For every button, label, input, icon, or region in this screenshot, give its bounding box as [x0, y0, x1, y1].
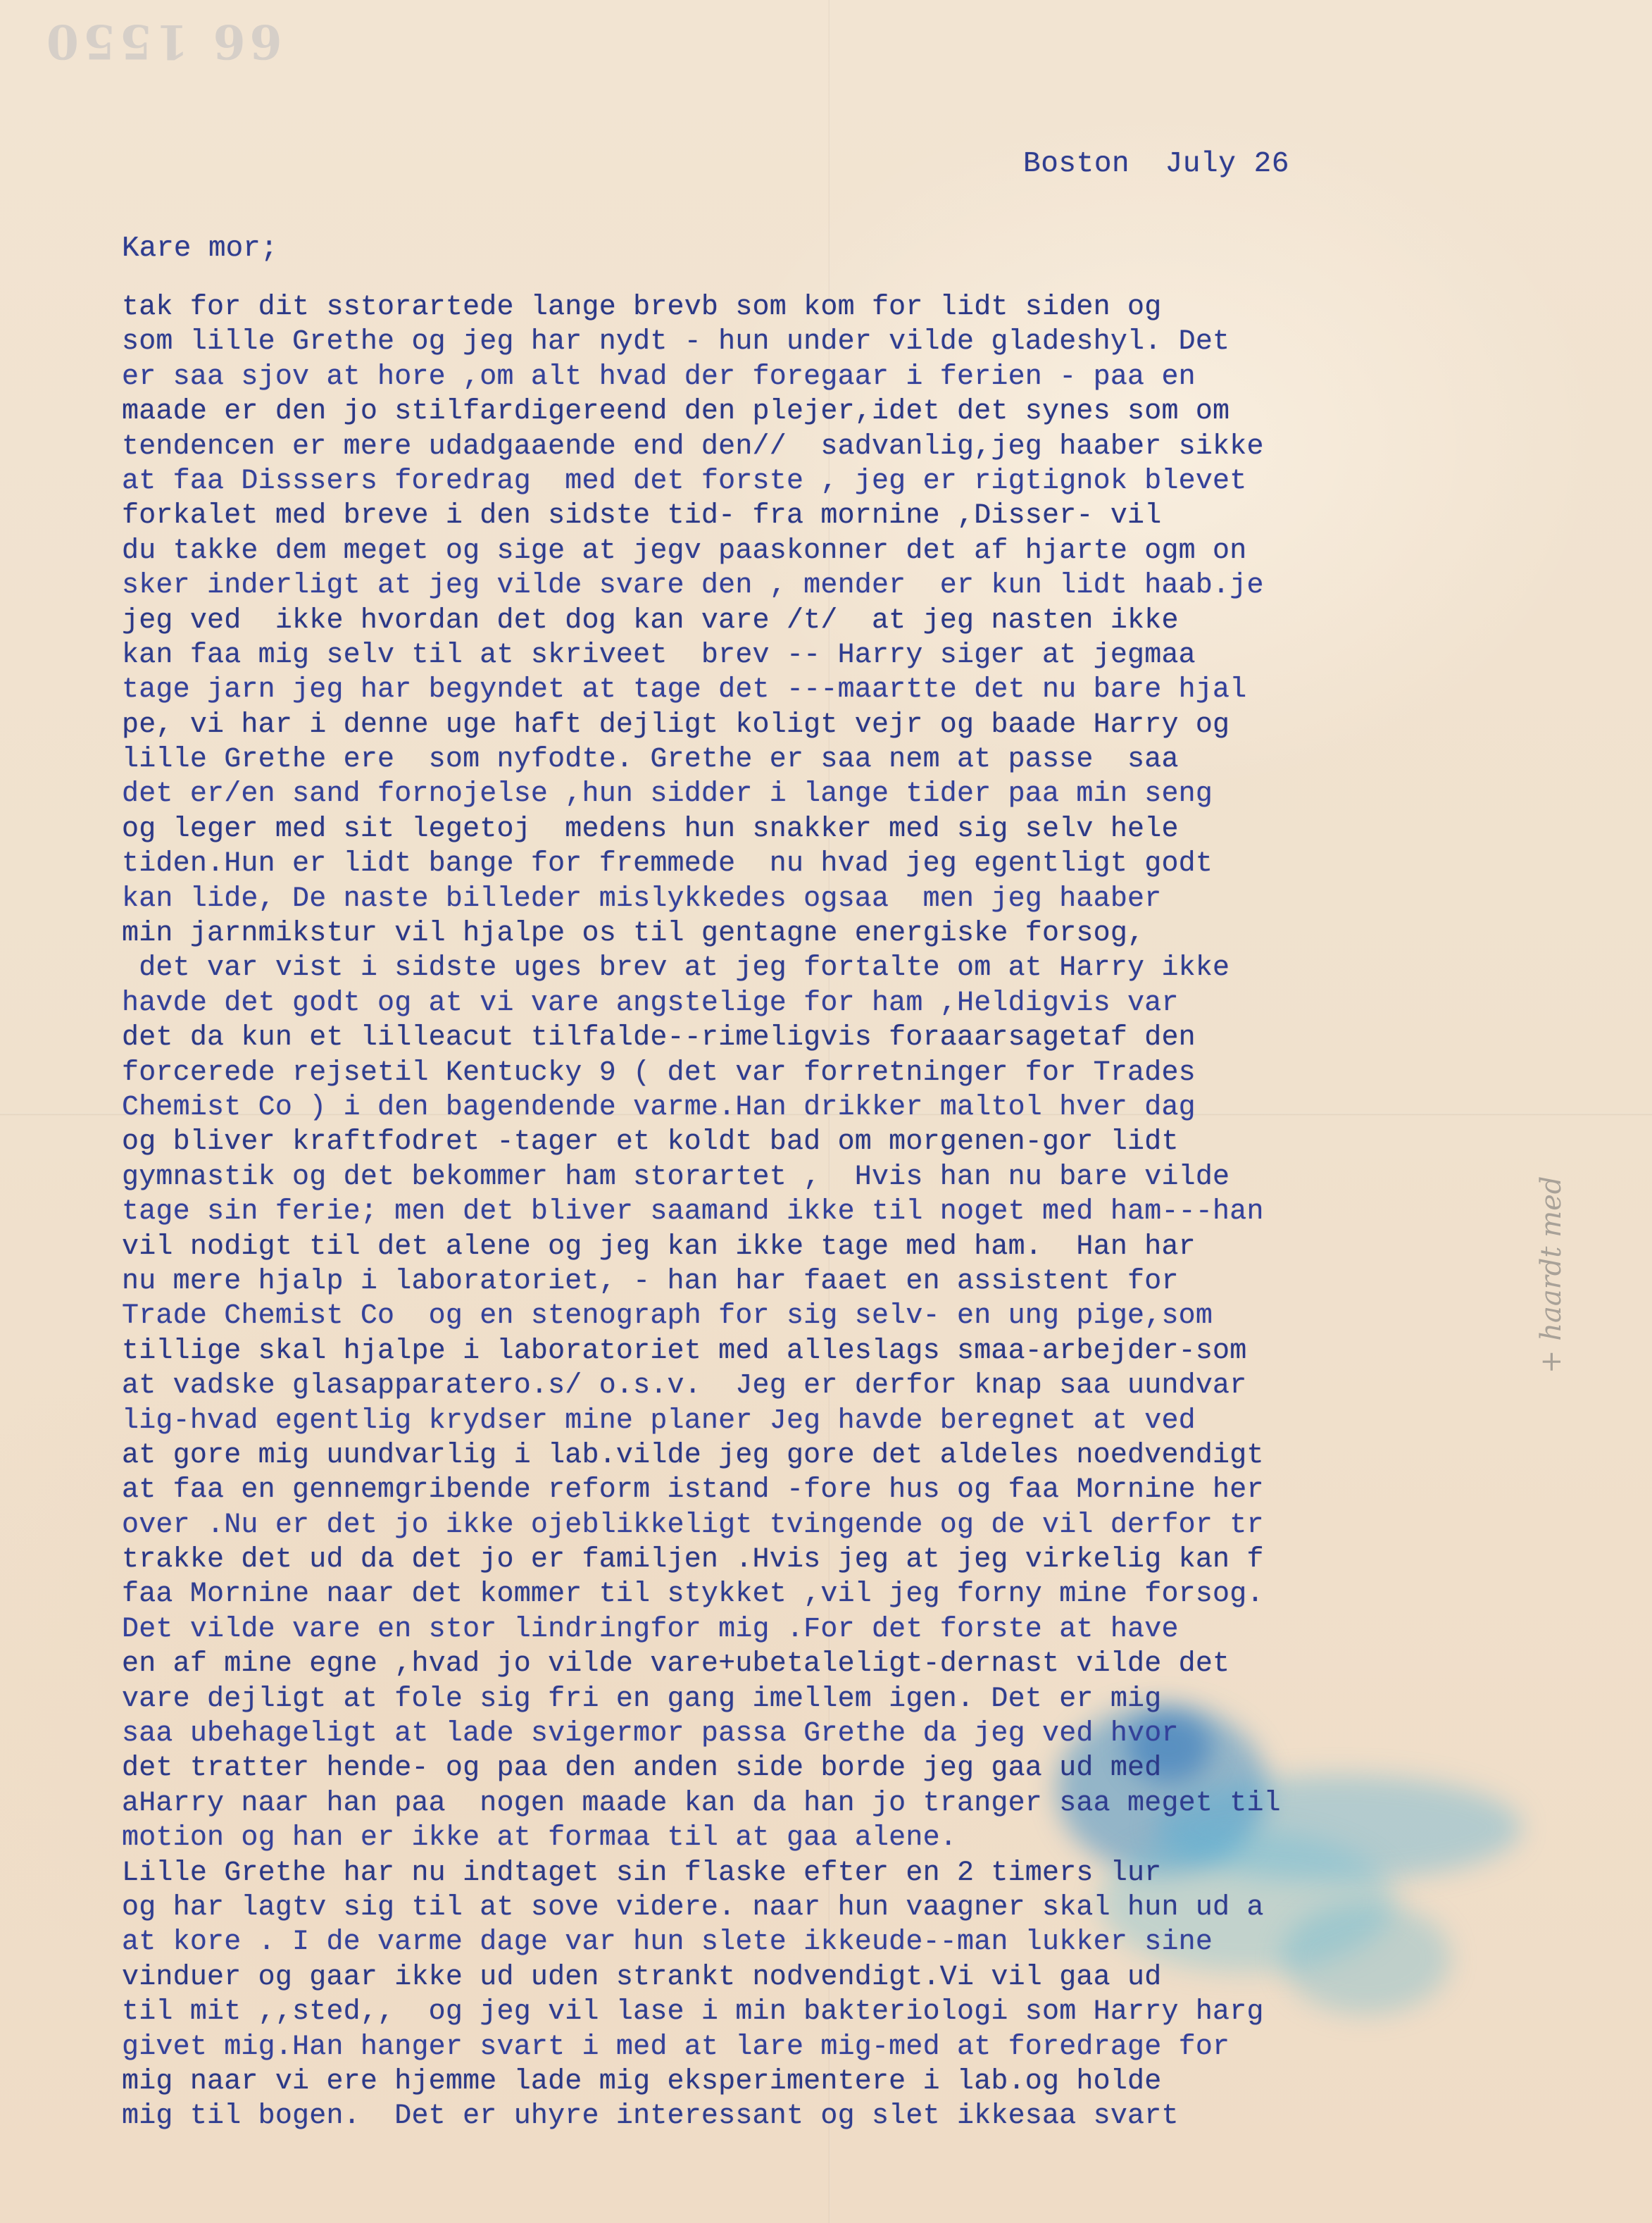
- letter-line: kan lide, De naste billeder mislykkedes …: [122, 882, 1558, 916]
- letter-line: som lille Grethe og jeg har nydt - hun u…: [122, 325, 1558, 359]
- letter-line: forkalet med breve i den sidste tid- fra…: [122, 499, 1558, 533]
- pencil-margin-note: + haardt med: [1535, 1176, 1567, 1374]
- letter-line: til mit ,,sted,, og jeg vil lase i min b…: [122, 1995, 1558, 2029]
- letter-line: forcerede rejsetil Kentucky 9 ( det var …: [122, 1056, 1558, 1090]
- letter-line: vinduer og gaar ikke ud uden strankt nod…: [122, 1960, 1558, 1995]
- letter-line: aHarry naar han paa nogen maade kan da h…: [122, 1786, 1558, 1821]
- letter-line: trakke det ud da det jo er familjen .Hvi…: [122, 1543, 1558, 1577]
- letter-line: du takke dem meget og sige at jegv paask…: [122, 534, 1558, 568]
- letter-line: tendencen er mere udadgaaende end den// …: [122, 430, 1558, 464]
- letter-line: vare dejligt at fole sig fri en gang ime…: [122, 1682, 1558, 1717]
- letter-line: og har lagtv sig til at sove videre. naa…: [122, 1891, 1558, 1925]
- letter-line: min jarnmikstur vil hjalpe os til gentag…: [122, 916, 1558, 951]
- letter-page: 66 1550 Boston July 26 Kare mor; tak for…: [0, 0, 1652, 2223]
- letter-line: og bliver kraftfodret -tager et koldt ba…: [122, 1125, 1558, 1159]
- letter-line: tiden.Hun er lidt bange for fremmede nu …: [122, 847, 1558, 881]
- letter-line: Trade Chemist Co og en stenograph for si…: [122, 1299, 1558, 1333]
- letter-line: nu mere hjalp i laboratoriet, - han har …: [122, 1264, 1558, 1299]
- letter-line: tage jarn jeg har begyndet at tage det -…: [122, 673, 1558, 707]
- letter-line: motion og han er ikke at formaa til at g…: [122, 1821, 1558, 1855]
- letter-line: at faa en gennemgribende reform istand -…: [122, 1473, 1558, 1507]
- letter-line: over .Nu er det jo ikke ojeblikkeligt tv…: [122, 1508, 1558, 1543]
- letter-line: det var vist i sidste uges brev at jeg f…: [122, 951, 1558, 985]
- letter-line: maade er den jo stilfardigereend den ple…: [122, 394, 1558, 429]
- letter-line: tillige skal hjalpe i laboratoriet med a…: [122, 1334, 1558, 1369]
- letter-line: det da kun et lilleacut tilfalde--rimeli…: [122, 1021, 1558, 1055]
- letter-line: mig til bogen. Det er uhyre interessant …: [122, 2099, 1558, 2134]
- letter-line: at kore . I de varme dage var hun slete …: [122, 1925, 1558, 1960]
- letter-line: givet mig.Han hanger svart i med at lare…: [122, 2030, 1558, 2065]
- letter-line: saa ubehageligt at lade svigermor passa …: [122, 1717, 1558, 1751]
- letter-line: faa Mornine naar det kommer til stykket …: [122, 1577, 1558, 1612]
- archive-number-stamp: 66 1550: [42, 14, 282, 69]
- letter-line: mig naar vi ere hjemme lade mig eksperim…: [122, 2065, 1558, 2099]
- letter-line: lig-hvad egentlig krydser mine planer Je…: [122, 1404, 1558, 1438]
- letter-line: at vadske glasapparatero.s/ o.s.v. Jeg e…: [122, 1369, 1558, 1403]
- letter-line: Det vilde vare en stor lindringfor mig .…: [122, 1612, 1558, 1647]
- letter-line: Lille Grethe har nu indtaget sin flaske …: [122, 1856, 1558, 1891]
- letter-line: vil nodigt til det alene og jeg kan ikke…: [122, 1230, 1558, 1264]
- letter-line: at gore mig uundvarlig i lab.vilde jeg g…: [122, 1438, 1558, 1473]
- letter-salutation: Kare mor;: [122, 232, 277, 265]
- letter-line: lille Grethe ere som nyfodte. Grethe er …: [122, 742, 1558, 777]
- letter-line: havde det godt og at vi vare angstelige …: [122, 986, 1558, 1021]
- letter-line: det tratter hende- og paa den anden side…: [122, 1751, 1558, 1786]
- letter-line: kan faa mig selv til at skriveet brev --…: [122, 638, 1558, 673]
- letter-line: det er/en sand fornojelse ,hun sidder i …: [122, 777, 1558, 811]
- letter-date: Boston July 26: [1023, 148, 1289, 180]
- letter-line: jeg ved ikke hvordan det dog kan vare /t…: [122, 604, 1558, 638]
- letter-line: og leger med sit legetoj medens hun snak…: [122, 812, 1558, 847]
- letter-line: Chemist Co ) i den bagendende varme.Han …: [122, 1090, 1558, 1125]
- letter-line: en af mine egne ,hvad jo vilde vare+ubet…: [122, 1647, 1558, 1681]
- letter-line: pe, vi har i denne uge haft dejligt koli…: [122, 708, 1558, 742]
- letter-line: sker inderligt at jeg vilde svare den , …: [122, 568, 1558, 603]
- letter-line: at faa Disssers foredrag med det forste …: [122, 464, 1558, 499]
- letter-line: gymnastik og det bekommer ham storartet …: [122, 1160, 1558, 1195]
- letter-line: er saa sjov at hore ,om alt hvad der for…: [122, 360, 1558, 394]
- letter-body: tak for dit sstorartede lange brevb som …: [122, 290, 1558, 2134]
- letter-line: tage sin ferie; men det bliver saamand i…: [122, 1195, 1558, 1229]
- letter-line: tak for dit sstorartede lange brevb som …: [122, 290, 1558, 325]
